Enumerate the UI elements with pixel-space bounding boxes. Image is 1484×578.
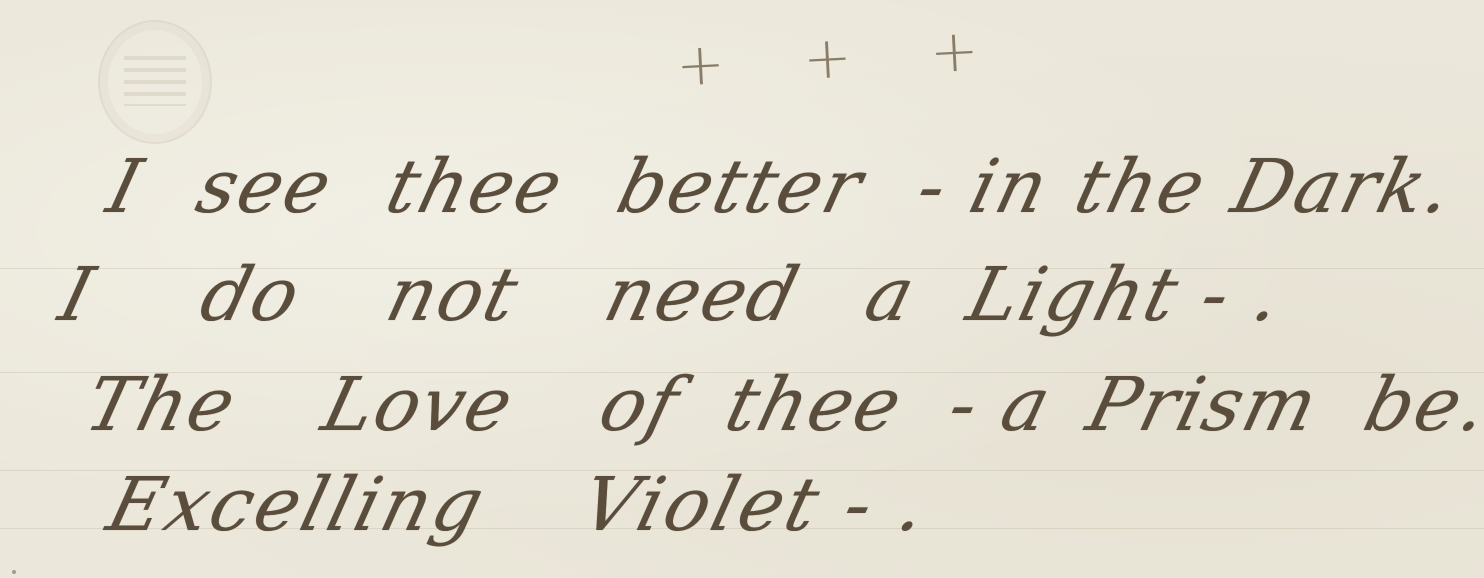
word: better [611, 150, 871, 224]
word: thee [380, 150, 571, 224]
header-cross-marks: + + + [675, 19, 1010, 94]
poem-line-1: Iseetheebetter- intheDark. [101, 150, 1484, 224]
word: thee [719, 368, 910, 442]
word: Violet - . [575, 468, 937, 542]
word: a [859, 258, 924, 332]
word: Excelling [101, 468, 493, 542]
stamp-text-lines [124, 56, 186, 106]
word: The [79, 368, 244, 442]
word: Love [316, 368, 522, 442]
manuscript-page: + + + Iseetheebetter- intheDark. Idonotn… [0, 0, 1484, 578]
word: the [1068, 150, 1214, 224]
word: I [101, 150, 151, 224]
word: - a [942, 368, 1059, 442]
word: do [194, 258, 308, 332]
word: be. [1357, 368, 1484, 442]
word: Prism [1080, 368, 1325, 442]
poem-line-2: IdonotneedaLight - . [53, 258, 1348, 332]
word: Dark. [1225, 150, 1461, 224]
ink-speck [12, 570, 16, 574]
poem-line-4: ExcellingViolet - . [101, 468, 995, 542]
word: - in [910, 150, 1056, 224]
word: I [53, 258, 103, 332]
word: of [593, 368, 687, 442]
word: Light - . [961, 258, 1291, 332]
word: see [190, 150, 340, 224]
word: not [380, 258, 526, 332]
word: need [598, 258, 807, 332]
library-stamp [98, 20, 212, 144]
poem-line-3: TheLoveofthee- aPrismbe. [79, 368, 1484, 442]
